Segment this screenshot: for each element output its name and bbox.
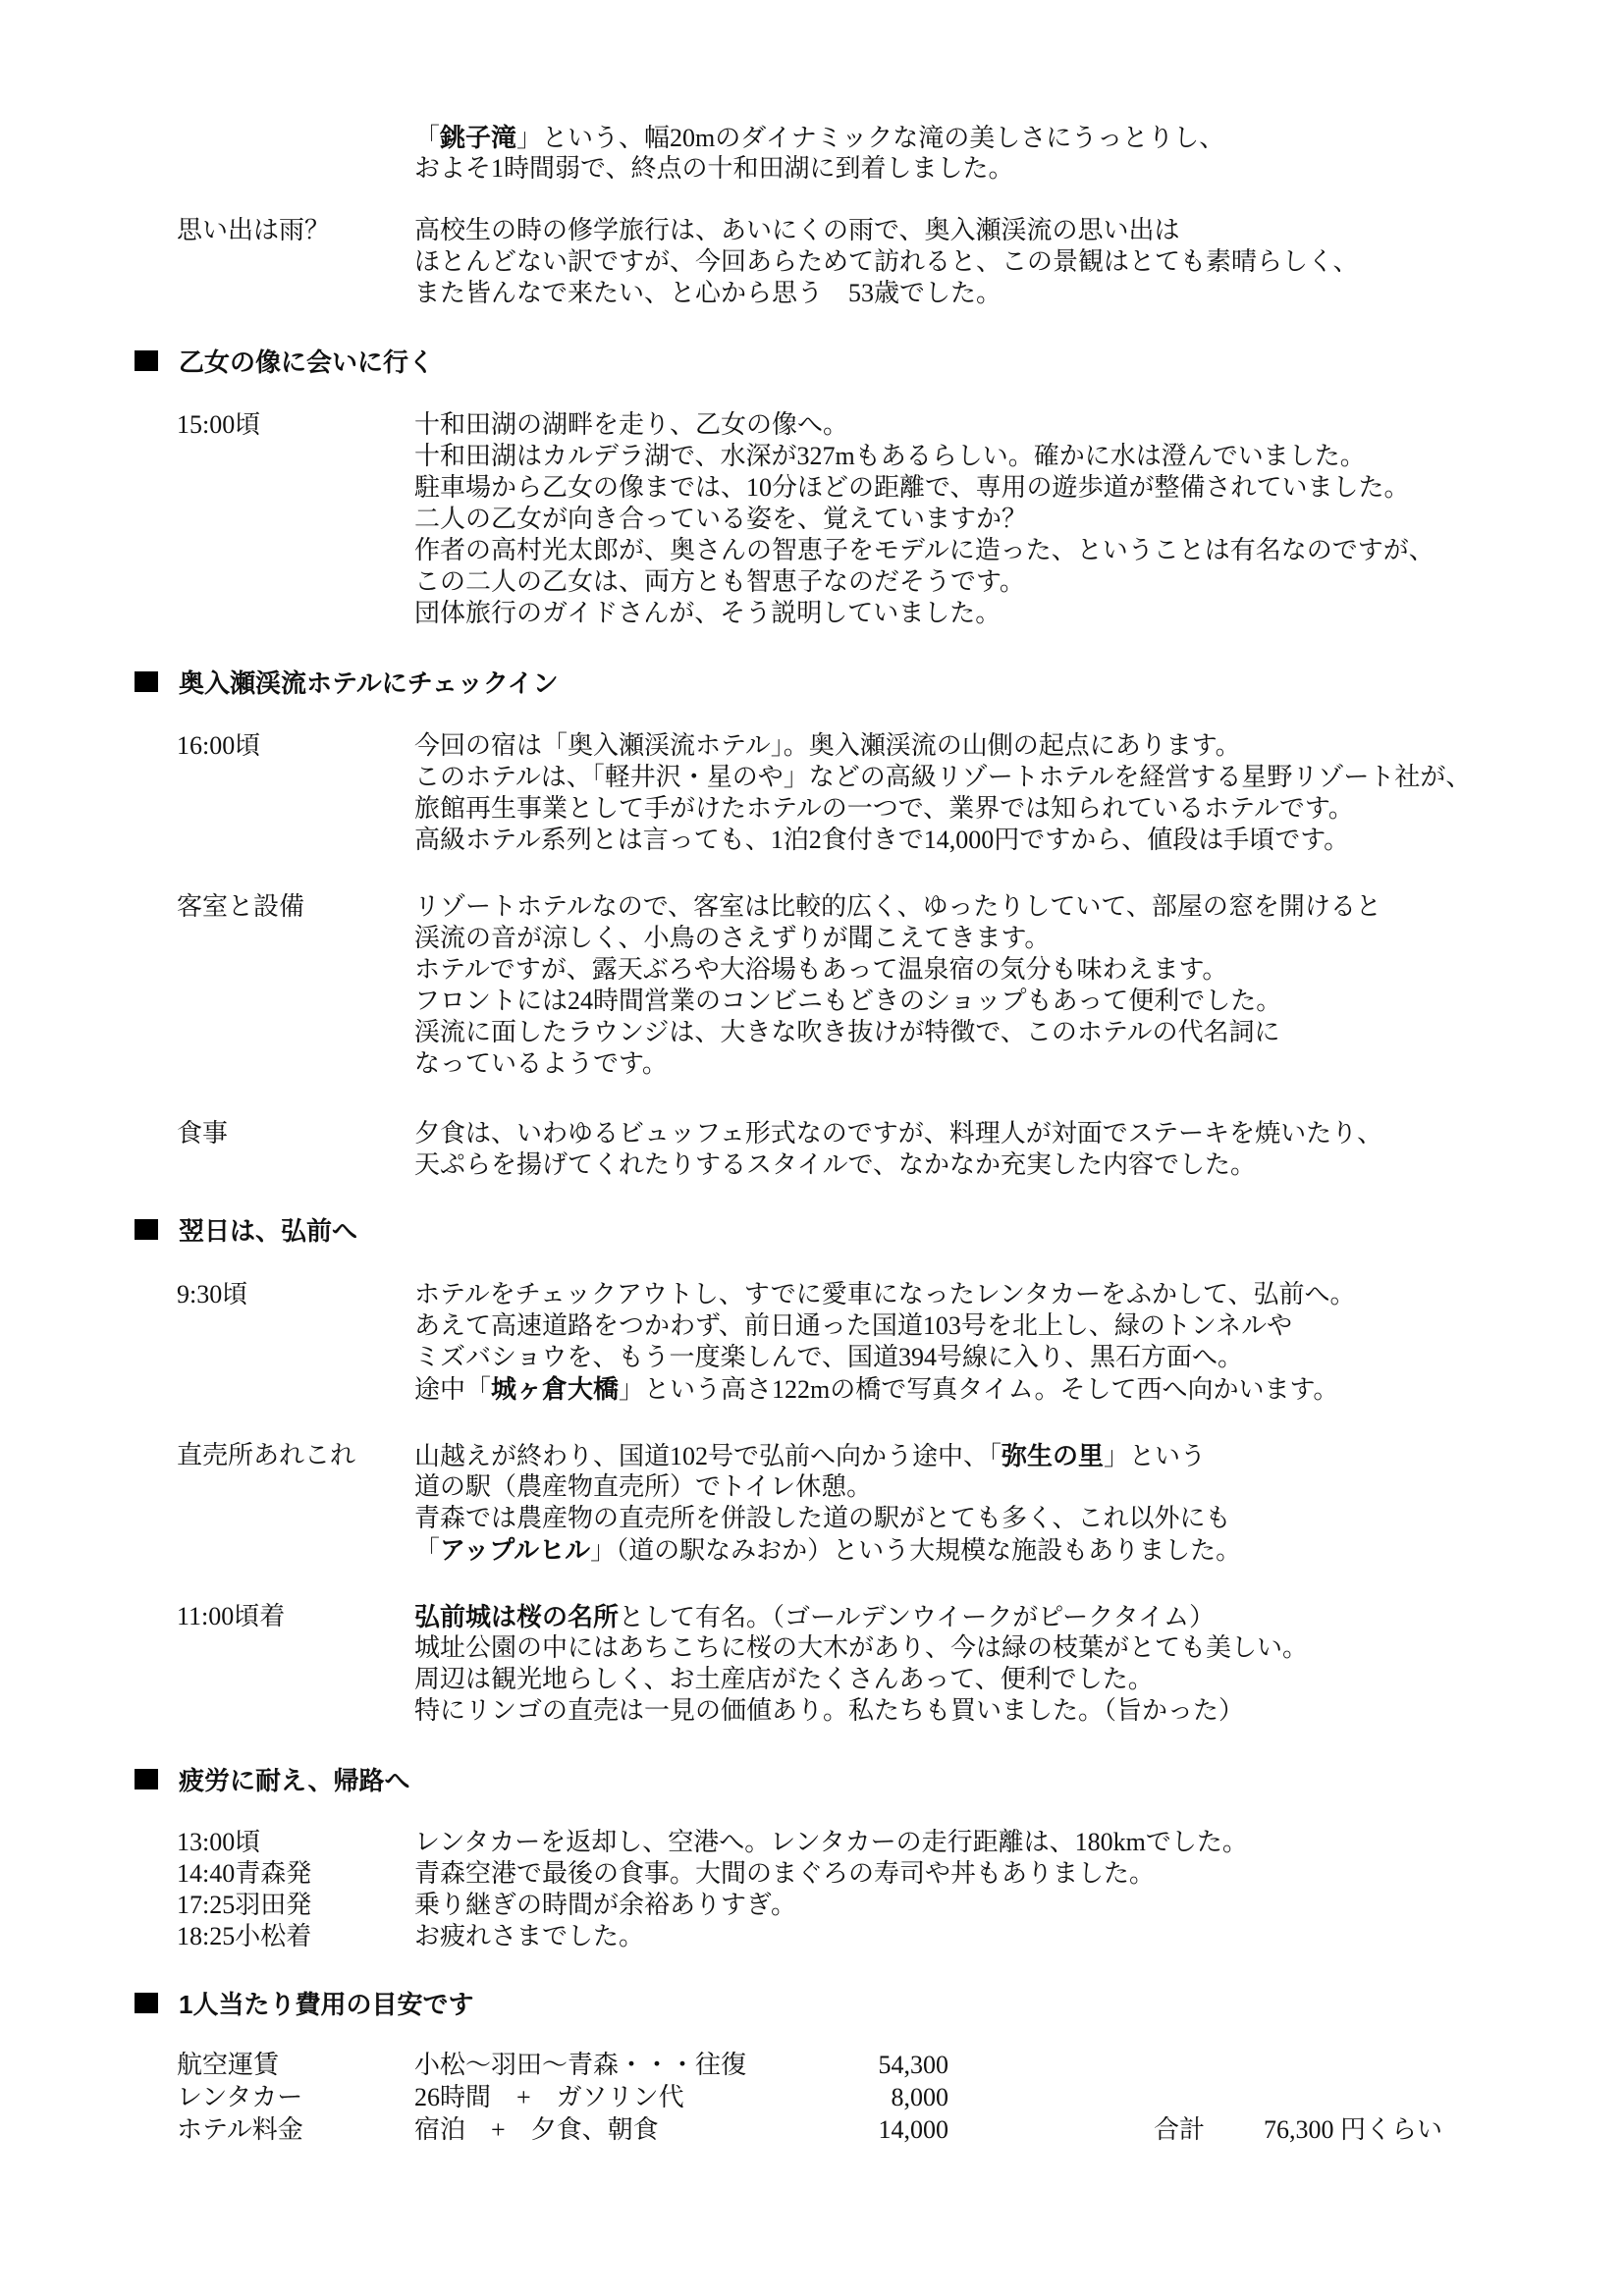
text-line: フロントには24時間営業のコンビニもどきのショップもあって便利でした。 (414, 986, 1381, 1017)
text-segment: 団体旅行のガイドさんが、そう説明していました。 (414, 599, 1001, 627)
text-segment: 「 (414, 124, 440, 152)
cost-row: ホテル料金宿泊 + 夕食、朝食14,000合計76,300 円くらい (0, 2114, 1624, 2146)
text-line: 道の駅（農産物直売所）でトイレ休憩。 (414, 1471, 1241, 1503)
heading-text: 乙女の像に会いに行く (179, 343, 434, 379)
square-bullet-icon (135, 671, 158, 692)
text-segment: このホテルは、「軽井沢・星のや」などの高級リゾートホテルを経営する星野リゾート社… (414, 763, 1471, 791)
block-label: 11:00頃着 (177, 1601, 285, 1632)
text-segment: この二人の乙女は、両方とも智恵子なのだそうです。 (414, 567, 1025, 596)
heading-text: 奥入瀬渓流ホテルにチェックイン (179, 664, 559, 700)
text-segment: 作者の高村光太郎が、奥さんの智恵子をモデルに造った、ということは有名なのですが、 (414, 536, 1435, 564)
text-segment: 城址公園の中にはあちこちに桜の大木があり、今は緑の枝葉がとても美しい。 (414, 1633, 1308, 1662)
cost-item: レンタカー (177, 2082, 302, 2113)
total-label: 合計 (1154, 2114, 1205, 2146)
block-label: 16:00頃 (177, 730, 260, 762)
text-segment: 二人の乙女が向き合っている姿を、覚えていますか？ (414, 505, 1027, 533)
text-segment: 」（道の駅なみおか）という大規模な施設もありました。 (590, 1536, 1241, 1565)
document-page: 「銚子滝」という、幅20mのダイナミックな滝の美しさにうっとりし、およそ1時間弱… (0, 0, 1624, 2296)
text-segment: 「 (414, 1536, 440, 1565)
block-text: ホテルをチェックアウトし、すでに愛車になったレンタカーをふかして、弘前へ。あえて… (414, 1279, 1356, 1405)
text-line: 旅館再生事業として手がけたホテルの一つで、業界では知られているホテルです。 (414, 793, 1471, 825)
text-segment: 渓流に面したラウンジは、大きな吹き抜けが特徴で、このホテルの代名詞に (414, 1018, 1280, 1046)
text-line: 団体旅行のガイドさんが、そう説明していました。 (414, 598, 1435, 629)
text-segment: ホテルをチェックアウトし、すでに愛車になったレンタカーをふかして、弘前へ。 (414, 1280, 1356, 1308)
text-line: 作者の高村光太郎が、奥さんの智恵子をモデルに造った、ということは有名なのですが、 (414, 535, 1435, 566)
square-bullet-icon (135, 1219, 158, 1240)
text-line: 城址公園の中にはあちこちに桜の大木があり、今は緑の枝葉がとても美しい。 (414, 1632, 1308, 1664)
square-bullet-icon (135, 1769, 158, 1789)
block-text: 弘前城は桜の名所として有名。（ゴールデンウイークがピークタイム）城址公園の中には… (414, 1601, 1308, 1727)
block-text: 十和田湖の湖畔を走り、乙女の像へ。十和田湖はカルデラ湖で、水深が327mもあるら… (414, 409, 1435, 629)
text-line: 渓流に面したラウンジは、大きな吹き抜けが特徴で、このホテルの代名詞に (414, 1017, 1381, 1048)
cost-detail: 26時間 + ガソリン代 (414, 2082, 684, 2113)
text-line: 「アップルヒル」（道の駅なみおか）という大規模な施設もありました。 (414, 1534, 1241, 1566)
timeline-text: 青森空港で最後の食事。大間のまぐろの寿司や丼もありました。 (414, 1858, 1155, 1890)
section-heading: 乙女の像に会いに行く (135, 345, 434, 376)
cost-row: レンタカー26時間 + ガソリン代8,000 (0, 2082, 1624, 2113)
total-value: 76,300 円くらい (1264, 2114, 1442, 2146)
text-line: 天ぷらを揚げてくれたりするスタイルで、なかなか充実した内容でした。 (414, 1149, 1382, 1181)
text-line: 高校生の時の修学旅行は、あいにくの雨で、奥入瀬渓流の思い出は (414, 215, 1358, 246)
timeline-row: 18:25小松着お疲れさまでした。 (0, 1921, 1624, 1952)
text-line: 高級ホテル系列とは言っても、1泊2食付きで14,000円ですから、値段は手頃です… (414, 825, 1471, 856)
text-segment: 十和田湖はカルデラ湖で、水深が327mもあるらしい。確かに水は澄んでいました。 (414, 442, 1366, 470)
text-segment: フロントには24時間営業のコンビニもどきのショップもあって便利でした。 (414, 987, 1281, 1015)
square-bullet-icon (135, 350, 158, 371)
block-text: リゾートホテルなので、客室は比較的広く、ゆったりしていて、部屋の窓を開けると渓流… (414, 891, 1381, 1080)
heading-text: 翌日は、弘前へ (179, 1211, 357, 1248)
text-line: あえて高速道路をつかわず、前日通った国道103号を北上し、緑のトンネルや (414, 1310, 1356, 1342)
text-segment: 」という、幅20mのダイナミックな滝の美しさにうっとりし、 (516, 124, 1224, 152)
text-segment: 周辺は観光地らしく、お土産店がたくさんあって、便利でした。 (414, 1665, 1154, 1693)
timeline-time: 13:00頃 (177, 1827, 260, 1858)
text-line: ホテルをチェックアウトし、すでに愛車になったレンタカーをふかして、弘前へ。 (414, 1279, 1356, 1310)
text-segment: 今回の宿は「奥入瀬渓流ホテル」。奥入瀬渓流の山側の起点にあります。 (414, 731, 1241, 760)
text-segment: リゾートホテルなので、客室は比較的広く、ゆったりしていて、部屋の窓を開けると (414, 892, 1381, 921)
text-segment: およそ1時間弱で、終点の十和田湖に到着しました。 (414, 154, 1013, 183)
text-segment: 渓流の音が涼しく、小鳥のさえずりが聞こえてきます。 (414, 924, 1050, 952)
text-segment: 青森では農産物の直売所を併設した道の駅がとても多く、これ以外にも (414, 1504, 1230, 1532)
square-bullet-icon (135, 1993, 158, 2013)
heading-text: 疲労に耐え、帰路へ (179, 1761, 410, 1797)
text-segment: 」という高さ122mの橋で写真タイム。そして西へ向かいます。 (619, 1375, 1338, 1404)
cost-amount: 14,000 (879, 2114, 949, 2146)
block-label: 15:00頃 (177, 409, 260, 441)
emphasized-text: 弥生の里 (1001, 1441, 1104, 1470)
section-heading: 奥入瀬渓流ホテルにチェックイン (135, 666, 559, 697)
cost-row: 航空運賃小松～羽田～青森・・・往復54,300 (0, 2050, 1624, 2081)
emphasized-text: アップルヒル (440, 1535, 590, 1565)
text-line: 渓流の音が涼しく、小鳥のさえずりが聞こえてきます。 (414, 923, 1381, 954)
text-line: 二人の乙女が向き合っている姿を、覚えていますか？ (414, 504, 1435, 535)
text-segment: なっているようです。 (414, 1049, 668, 1078)
block-label: 食事 (177, 1118, 228, 1149)
text-segment: 旅館再生事業として手がけたホテルの一つで、業界では知られているホテルです。 (414, 794, 1354, 823)
text-line: 「銚子滝」という、幅20mのダイナミックな滝の美しさにうっとりし、 (414, 122, 1224, 153)
text-segment: あえて高速道路をつかわず、前日通った国道103号を北上し、緑のトンネルや (414, 1311, 1292, 1340)
text-line: また皆んなで来たい、と心から思う 53歳でした。 (414, 278, 1358, 309)
text-segment: ほとんどない訳ですが、今回あらためて訪れると、この景観はとても素晴らしく、 (414, 247, 1358, 276)
text-line: ミズバショウを、もう一度楽しんで、国道394号線に入り、黒石方面へ。 (414, 1342, 1356, 1373)
block-text: 「銚子滝」という、幅20mのダイナミックな滝の美しさにうっとりし、およそ1時間弱… (414, 122, 1224, 185)
text-line: 山越えが終わり、国道102号で弘前へ向かう途中、「弥生の里」という (414, 1440, 1241, 1471)
text-segment: 高校生の時の修学旅行は、あいにくの雨で、奥入瀬渓流の思い出は (414, 216, 1179, 244)
text-segment: 夕食は、いわゆるビュッフェ形式なのですが、料理人が対面でステーキを焼いたり、 (414, 1119, 1382, 1148)
text-line: 特にリンゴの直売は一見の価値あり。私たちも買いました。（旨かった） (414, 1695, 1308, 1727)
text-segment: ホテルですが、露天ぶろや大浴場もあって温泉宿の気分も味わえます。 (414, 955, 1227, 984)
cost-item: 航空運賃 (177, 2050, 279, 2081)
timeline-text: レンタカーを返却し、空港へ。レンタカーの走行距離は、180kmでした。 (414, 1827, 1248, 1858)
cost-amount: 8,000 (892, 2082, 949, 2113)
text-line: ほとんどない訳ですが、今回あらためて訪れると、この景観はとても素晴らしく、 (414, 246, 1358, 278)
cost-item: ホテル料金 (177, 2114, 303, 2146)
timeline-row: 14:40青森発青森空港で最後の食事。大間のまぐろの寿司や丼もありました。 (0, 1858, 1624, 1890)
timeline-time: 17:25羽田発 (177, 1890, 311, 1921)
block-label: 9:30頃 (177, 1279, 247, 1310)
text-segment: として有名。（ゴールデンウイークがピークタイム） (619, 1603, 1215, 1631)
cost-detail: 宿泊 + 夕食、朝食 (414, 2114, 659, 2146)
text-line: 弘前城は桜の名所として有名。（ゴールデンウイークがピークタイム） (414, 1601, 1308, 1632)
heading-text: 1人当たり費用の目安です (179, 1985, 473, 2021)
block-label: 直売所あれこれ (177, 1440, 355, 1471)
block-text: 今回の宿は「奥入瀬渓流ホテル」。奥入瀬渓流の山側の起点にあります。このホテルは、… (414, 730, 1471, 856)
text-segment: 山越えが終わり、国道102号で弘前へ向かう途中、「 (414, 1442, 1001, 1470)
text-line: このホテルは、「軽井沢・星のや」などの高級リゾートホテルを経営する星野リゾート社… (414, 762, 1471, 793)
text-line: なっているようです。 (414, 1048, 1381, 1080)
emphasized-text: 弘前城は桜の名所 (414, 1602, 619, 1631)
text-segment: 特にリンゴの直売は一見の価値あり。私たちも買いました。（旨かった） (414, 1696, 1244, 1725)
block-label: 思い出は雨？ (177, 215, 330, 246)
text-segment: 」という (1104, 1442, 1206, 1470)
text-segment: また皆んなで来たい、と心から思う 53歳でした。 (414, 279, 1001, 307)
text-line: ホテルですが、露天ぶろや大浴場もあって温泉宿の気分も味わえます。 (414, 954, 1381, 986)
text-segment: 高級ホテル系列とは言っても、1泊2食付きで14,000円ですから、値段は手頃です… (414, 826, 1349, 854)
timeline-time: 14:40青森発 (177, 1858, 311, 1890)
section-heading: 1人当たり費用の目安です (135, 1987, 473, 2018)
cost-detail: 小松～羽田～青森・・・往復 (414, 2050, 746, 2081)
text-line: 途中「城ヶ倉大橋」という高さ122mの橋で写真タイム。そして西へ向かいます。 (414, 1373, 1356, 1405)
text-segment: 十和田湖の湖畔を走り、乙女の像へ。 (414, 410, 848, 439)
text-line: 青森では農産物の直売所を併設した道の駅がとても多く、これ以外にも (414, 1503, 1241, 1534)
text-line: およそ1時間弱で、終点の十和田湖に到着しました。 (414, 153, 1224, 185)
text-line: 十和田湖はカルデラ湖で、水深が327mもあるらしい。確かに水は澄んでいました。 (414, 441, 1435, 472)
block-text: 山越えが終わり、国道102号で弘前へ向かう途中、「弥生の里」という道の駅（農産物… (414, 1440, 1241, 1566)
text-line: この二人の乙女は、両方とも智恵子なのだそうです。 (414, 566, 1435, 598)
timeline-time: 18:25小松着 (177, 1921, 311, 1952)
block-text: 高校生の時の修学旅行は、あいにくの雨で、奥入瀬渓流の思い出はほとんどない訳ですが… (414, 215, 1358, 309)
text-line: 周辺は観光地らしく、お土産店がたくさんあって、便利でした。 (414, 1664, 1308, 1695)
text-segment: 道の駅（農産物直売所）でトイレ休憩。 (414, 1472, 872, 1501)
text-line: リゾートホテルなので、客室は比較的広く、ゆったりしていて、部屋の窓を開けると (414, 891, 1381, 923)
emphasized-text: 城ヶ倉大橋 (491, 1374, 619, 1404)
timeline-text: お疲れさまでした。 (414, 1921, 644, 1952)
text-line: 今回の宿は「奥入瀬渓流ホテル」。奥入瀬渓流の山側の起点にあります。 (414, 730, 1471, 762)
text-line: 駐車場から乙女の像までは、10分ほどの距離で、専用の遊歩道が整備されていました。 (414, 472, 1435, 504)
timeline-text: 乗り継ぎの時間が余裕ありすぎ。 (414, 1890, 796, 1921)
section-heading: 疲労に耐え、帰路へ (135, 1763, 410, 1794)
text-segment: 天ぷらを揚げてくれたりするスタイルで、なかなか充実した内容でした。 (414, 1150, 1256, 1179)
block-label: 客室と設備 (177, 891, 304, 923)
emphasized-text: 銚子滝 (440, 123, 516, 152)
text-line: 夕食は、いわゆるビュッフェ形式なのですが、料理人が対面でステーキを焼いたり、 (414, 1118, 1382, 1149)
block-text: 夕食は、いわゆるビュッフェ形式なのですが、料理人が対面でステーキを焼いたり、天ぷ… (414, 1118, 1382, 1181)
cost-amount: 54,300 (879, 2050, 949, 2081)
section-heading: 翌日は、弘前へ (135, 1213, 357, 1245)
timeline-row: 17:25羽田発乗り継ぎの時間が余裕ありすぎ。 (0, 1890, 1624, 1921)
text-segment: ミズバショウを、もう一度楽しんで、国道394号線に入り、黒石方面へ。 (414, 1343, 1243, 1371)
timeline-row: 13:00頃レンタカーを返却し、空港へ。レンタカーの走行距離は、180kmでした… (0, 1827, 1624, 1858)
text-segment: 途中「 (414, 1375, 491, 1404)
text-line: 十和田湖の湖畔を走り、乙女の像へ。 (414, 409, 1435, 441)
text-segment: 駐車場から乙女の像までは、10分ほどの距離で、専用の遊歩道が整備されていました。 (414, 473, 1409, 502)
